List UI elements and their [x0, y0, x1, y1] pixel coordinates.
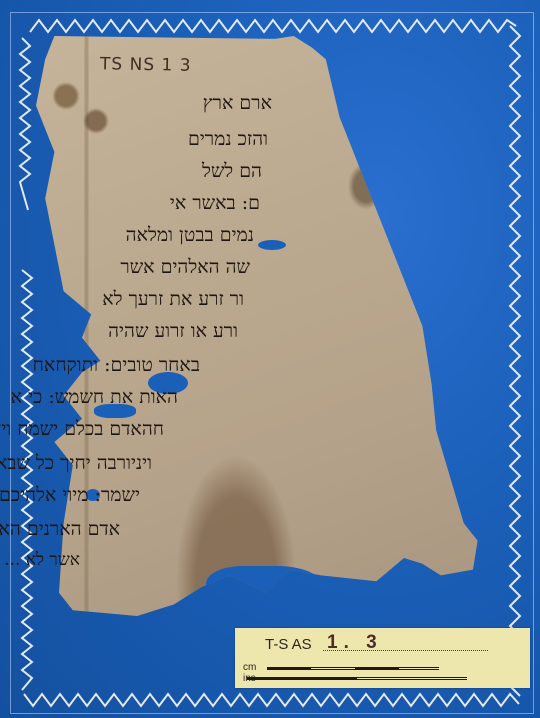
shelfmark-label-card: T-S AS 1. 3 cm ins: [235, 628, 530, 688]
damage-hole: [94, 404, 136, 418]
collection-prefix: T-S AS: [265, 636, 312, 653]
shelfmark-number: 1. 3: [327, 632, 383, 654]
damage-hole: [258, 240, 286, 250]
damage-hole: [86, 489, 100, 501]
damage-hole: [148, 372, 188, 394]
scale-label-cm: cm: [243, 662, 256, 673]
handwritten-shelfmark: TS NS 1 3: [100, 54, 192, 76]
